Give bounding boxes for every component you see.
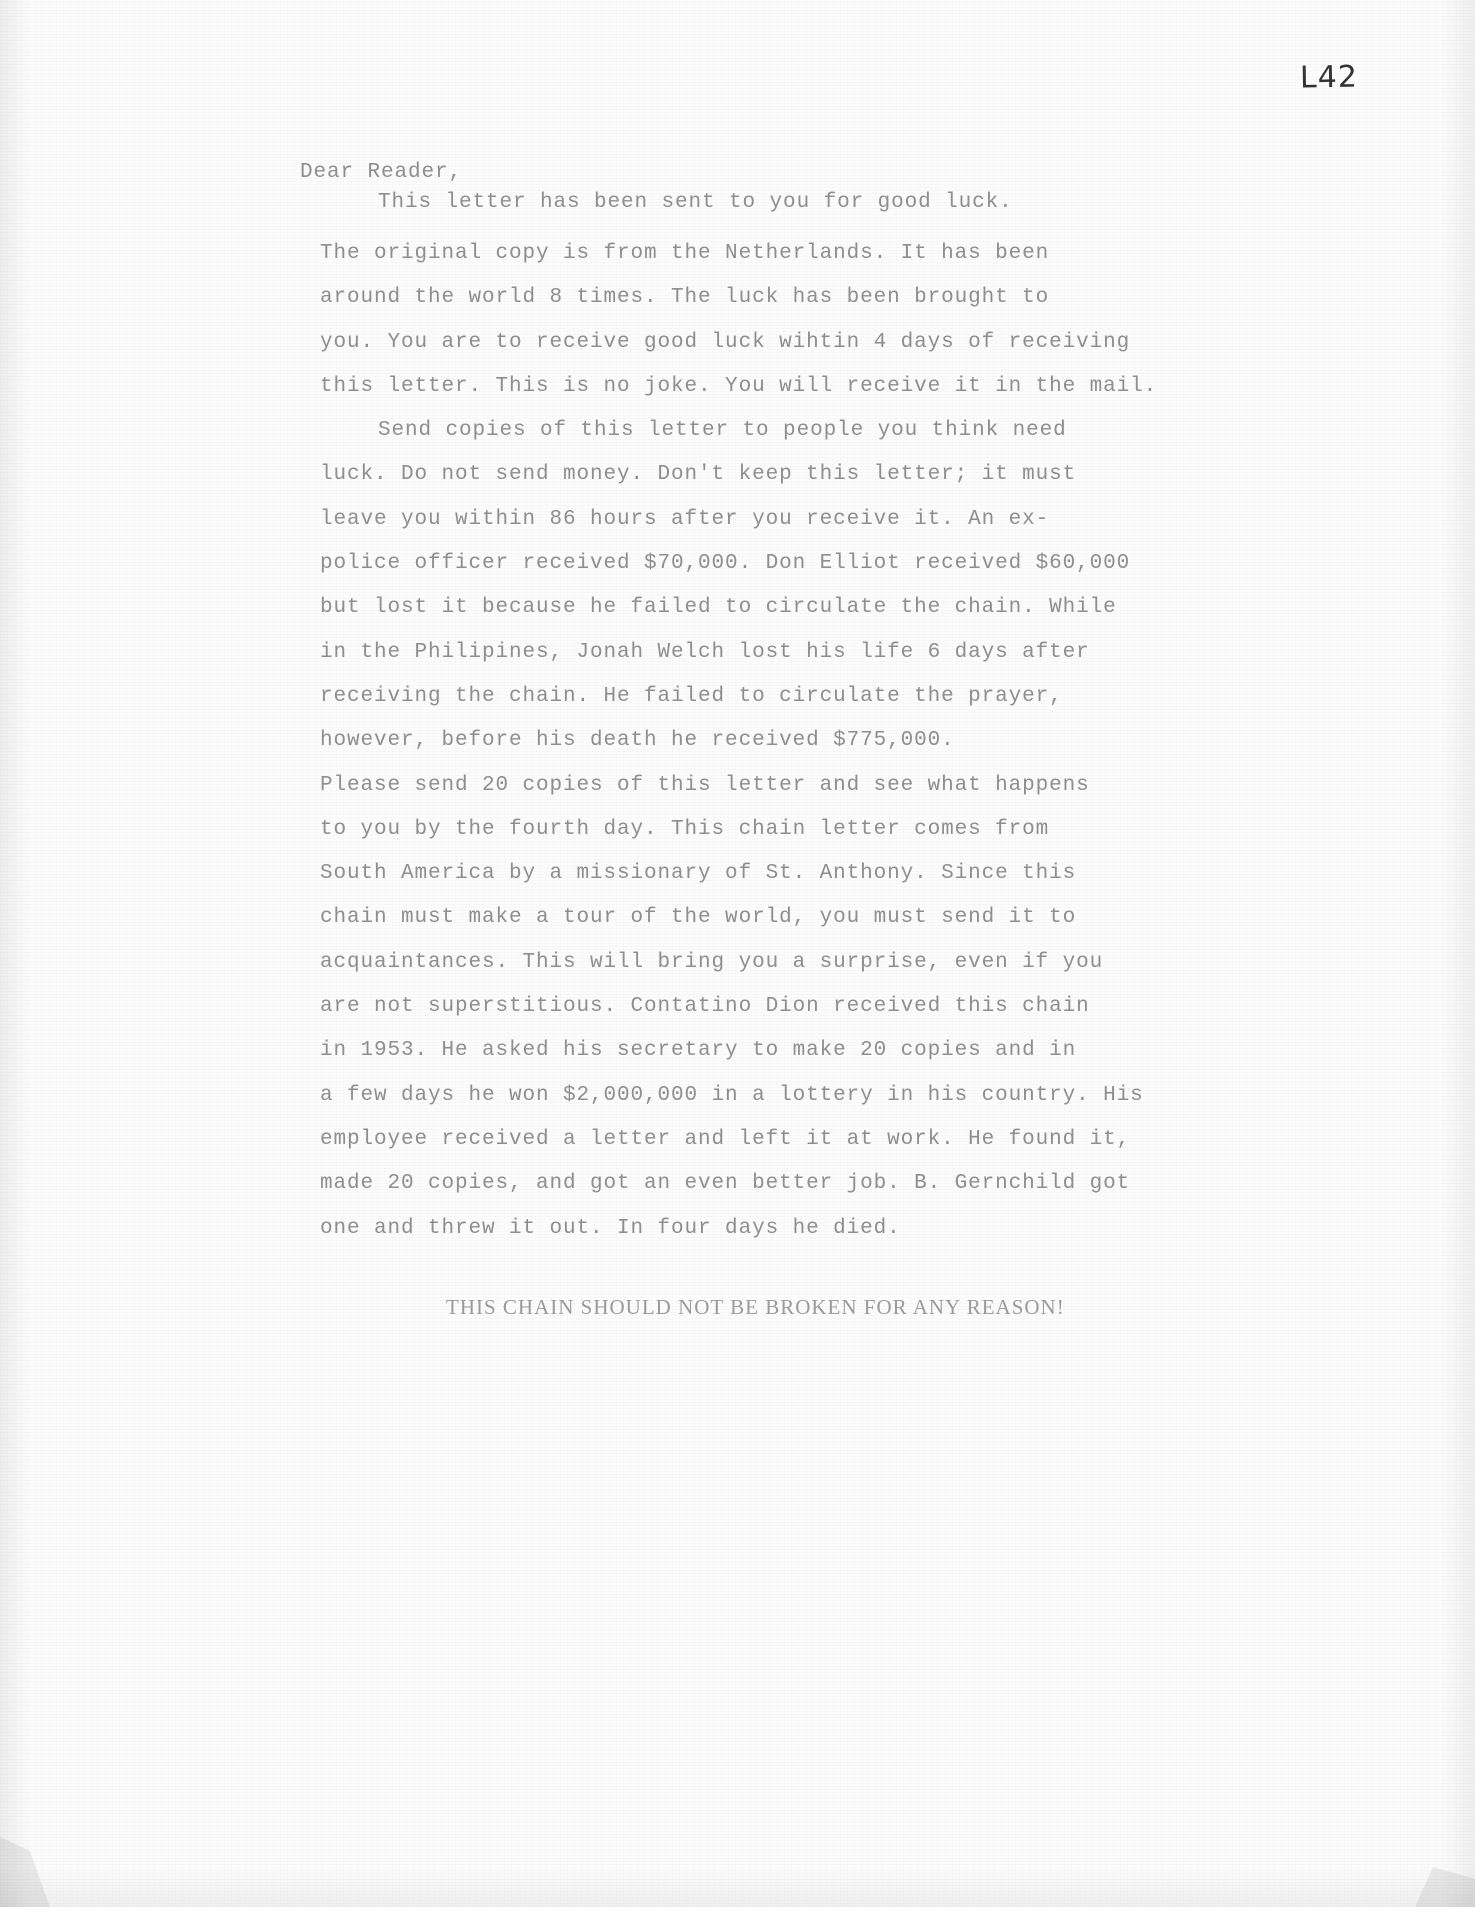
letter-line: are not superstitious. Contatino Dion re…	[300, 985, 1260, 1029]
letter-line: in the Philipines, Jonah Welch lost his …	[300, 631, 1260, 675]
letter-line: South America by a missionary of St. Ant…	[300, 852, 1260, 896]
letter-line: this letter. This is no joke. You will r…	[300, 365, 1260, 409]
letter-line: one and threw it out. In four days he di…	[300, 1207, 1260, 1251]
letter-line: a few days he won $2,000,000 in a lotter…	[300, 1074, 1260, 1118]
chain-letter-body: Dear Reader, This letter has been sent t…	[300, 158, 1260, 1251]
letter-line: police officer received $70,000. Don Ell…	[300, 542, 1260, 586]
letter-line: made 20 copies, and got an even better j…	[300, 1162, 1260, 1206]
letter-line: The original copy is from the Netherland…	[300, 232, 1260, 276]
letter-line: luck. Do not send money. Don't keep this…	[300, 453, 1260, 497]
letter-line: however, before his death he received $7…	[300, 719, 1260, 763]
page-shadow-bottom	[0, 1867, 1475, 1907]
closing-warning: THIS CHAIN SHOULD NOT BE BROKEN FOR ANY …	[446, 1295, 1065, 1320]
letter-line: to you by the fourth day. This chain let…	[300, 808, 1260, 852]
letter-line: This letter has been sent to you for goo…	[300, 188, 1260, 218]
letter-line: you. You are to receive good luck wihtin…	[300, 321, 1260, 365]
letter-line: but lost it because he failed to circula…	[300, 586, 1260, 630]
letter-line: leave you within 86 hours after you rece…	[300, 498, 1260, 542]
letter-line: around the world 8 times. The luck has b…	[300, 276, 1260, 320]
letter-line: employee received a letter and left it a…	[300, 1118, 1260, 1162]
letter-line: chain must make a tour of the world, you…	[300, 896, 1260, 940]
letter-line: acquaintances. This will bring you a sur…	[300, 941, 1260, 985]
salutation: Dear Reader,	[300, 158, 1260, 188]
letter-line: in 1953. He asked his secretary to make …	[300, 1029, 1260, 1073]
letter-line: Send copies of this letter to people you…	[300, 409, 1260, 453]
letter-line: Please send 20 copies of this letter and…	[300, 764, 1260, 808]
letter-line: receiving the chain. He failed to circul…	[300, 675, 1260, 719]
handwritten-page-number: L42	[1300, 59, 1358, 95]
